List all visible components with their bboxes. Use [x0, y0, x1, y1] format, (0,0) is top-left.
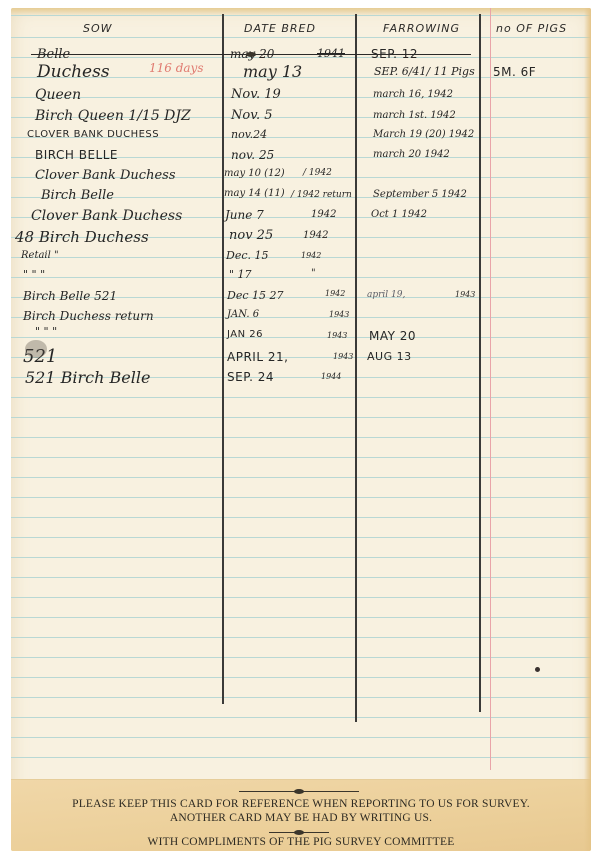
header-date-bred: DATE BRED: [244, 22, 316, 35]
footer-line-3: WITH COMPLIMENTS OF THE PIG SURVEY COMMI…: [11, 837, 591, 849]
row-16-date-year: 1943: [333, 353, 353, 361]
footer-band: PLEASE KEEP THIS CARD FOR REFERENCE WHEN…: [11, 779, 591, 851]
row-1-pigs: 5M. 6F: [493, 66, 536, 78]
row-6-date-year: / 1942: [303, 169, 332, 178]
row-7-date-year: / 1942 return: [291, 191, 352, 200]
red-margin-line: [490, 8, 491, 770]
row-15-date-year: 1943: [327, 332, 347, 340]
record-card: SOW DATE BRED FARROWING no OF PIGS Belle…: [11, 8, 591, 851]
row-2-farrowing: march 16, 1942: [373, 90, 453, 100]
strikethrough-line: [31, 54, 471, 55]
row-10-sow: Retail ": [21, 251, 59, 261]
header-sow: SOW: [83, 22, 113, 35]
row-5-sow: BIRCH BELLE: [35, 149, 118, 161]
row-8-date-year: 1942: [311, 210, 336, 220]
row-6-date-bred: may 10 (12): [224, 169, 285, 179]
row-14-date-bred: JAN. 6: [227, 310, 259, 320]
ink-dot: [535, 667, 540, 672]
header-no-of-pigs: no OF PIGS: [496, 22, 567, 35]
row-3-sow: Birch Queen 1/15 DJZ: [35, 109, 191, 123]
row-16-farrowing: AUG 13: [367, 351, 412, 362]
row-9-date-bred: nov 25: [229, 229, 273, 242]
row-10-date-year: 1942: [301, 252, 321, 260]
row-11-sow: " " ": [23, 269, 45, 280]
row-1-sow-note: 116 days: [149, 62, 204, 74]
footer-ornament-bottom: [269, 832, 329, 833]
row-16-date-bred: APRIL 21,: [227, 351, 288, 363]
row-8-date-bred: June 7: [225, 209, 264, 221]
row-4-farrowing: March 19 (20) 1942: [373, 130, 474, 140]
row-5-farrowing: march 20 1942: [373, 150, 450, 160]
row-9-sow: 48 Birch Duchess: [15, 230, 149, 245]
footer-line-1: PLEASE KEEP THIS CARD FOR REFERENCE WHEN…: [11, 799, 591, 811]
row-13-farrowing: april 19,: [367, 291, 405, 300]
row-11-date-year: ": [311, 269, 316, 279]
row-7-farrowing: September 5 1942: [373, 190, 467, 200]
column-divider-sow-date: [222, 14, 224, 704]
row-17-sow: 521 Birch Belle: [25, 370, 150, 386]
row-2-date-bred: Nov. 19: [231, 88, 281, 101]
row-13-farrowing-year: 1943: [455, 291, 475, 299]
row-11-date-bred: " 17: [229, 269, 252, 280]
row-14-date-year: 1943: [329, 311, 349, 319]
column-divider-date-farrowing: [355, 14, 357, 722]
header-farrowing: FARROWING: [383, 22, 460, 35]
row-2-sow: Queen: [35, 88, 81, 102]
row-3-farrowing: march 1st. 1942: [373, 111, 456, 121]
row-1-sow: Duchess: [37, 64, 110, 81]
row-17-date-bred: SEP. 24: [227, 371, 274, 383]
ink-smudge: [25, 340, 47, 358]
row-17-date-year: 1944: [321, 373, 341, 381]
row-6-sow: Clover Bank Duchess: [35, 169, 176, 182]
row-8-sow: Clover Bank Duchess: [31, 209, 182, 223]
row-7-date-bred: may 14 (11): [224, 189, 285, 199]
footer-ornament-top: [239, 791, 359, 792]
row-3-date-bred: Nov. 5: [231, 109, 273, 122]
row-1-date-bred: may 13: [243, 64, 302, 80]
row-9-date-year: 1942: [303, 231, 328, 241]
footer-line-2: ANOTHER CARD MAY BE HAD BY WRITING US.: [11, 813, 591, 825]
row-13-date-bred: Dec 15 27: [227, 290, 283, 301]
row-15-date-bred: JAN 26: [227, 330, 263, 340]
row-4-date-bred: nov.24: [231, 129, 267, 140]
column-divider-farrowing-pigs: [479, 14, 481, 712]
row-14-sow: Birch Duchess return: [23, 310, 154, 322]
row-5-date-bred: nov. 25: [231, 149, 274, 161]
row-1-farrowing: SEP. 6/41/ 11 Pigs: [374, 66, 475, 77]
row-4-sow: CLOVER BANK DUCHESS: [27, 130, 159, 140]
row-15-sow: " " ": [35, 326, 57, 337]
row-13-date-year: 1942: [325, 290, 345, 298]
row-8-farrowing: Oct 1 1942: [371, 210, 427, 220]
row-13-sow: Birch Belle 521: [23, 290, 117, 302]
row-7-sow: Birch Belle: [41, 189, 114, 202]
row-15-farrowing: MAY 20: [369, 330, 416, 342]
row-10-date-bred: Dec. 15: [226, 250, 268, 261]
